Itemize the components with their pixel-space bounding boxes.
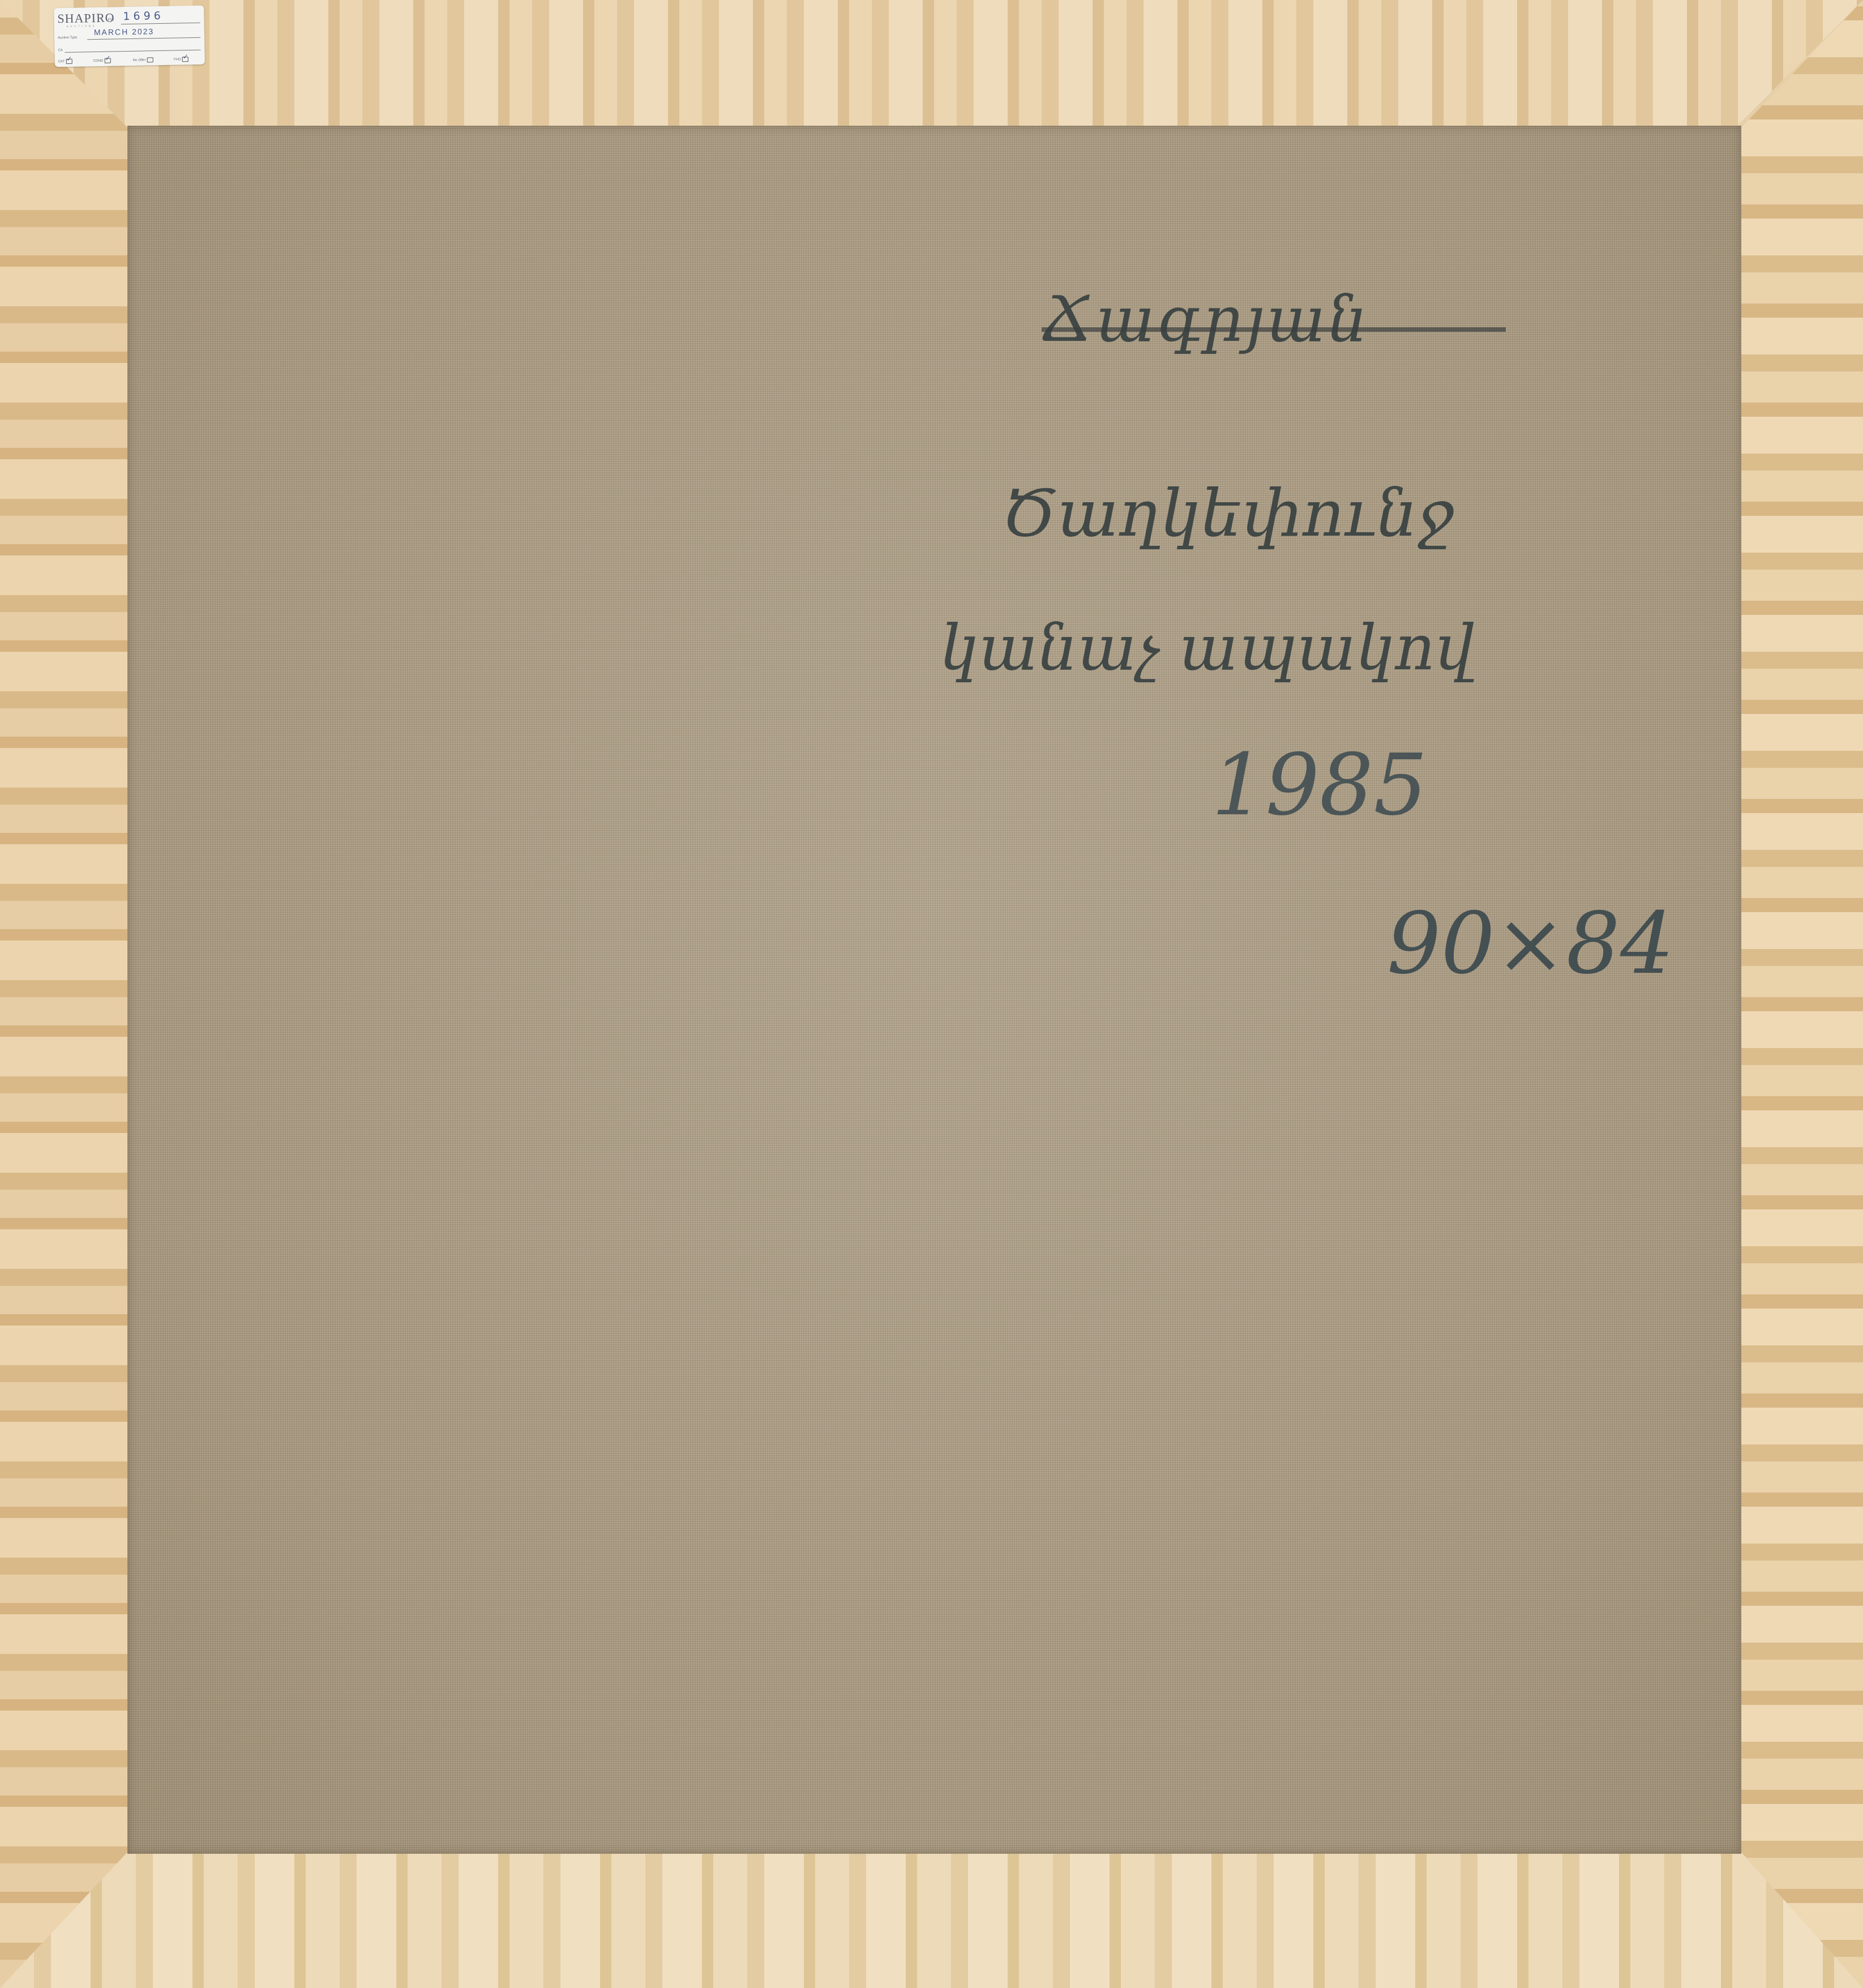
signature-underline [1042, 327, 1506, 332]
auction-type-label: Auction Type [58, 36, 78, 40]
checkbox-cond: COND [93, 58, 111, 64]
ca-label: CA [58, 49, 62, 52]
auction-brand-sub: AUCTIONS [67, 24, 97, 28]
ca-underline [65, 50, 200, 53]
fs-number-value: 1696 [123, 10, 164, 23]
frame-rail-left [0, 0, 127, 1988]
fs-underline [121, 23, 200, 24]
checkbox-photo: PHO [174, 57, 189, 62]
checkbox-reoffer: Re-Offer [133, 57, 153, 63]
auction-type-underline [87, 37, 200, 40]
fs-number-label: FS# [108, 18, 114, 22]
auction-label: SHAPIRO AUCTIONS FS# 1696 Auction Type M… [54, 6, 205, 67]
auction-brand: SHAPIRO [57, 10, 115, 26]
checkbox-cond-box [104, 58, 110, 63]
frame-rail-top [0, 0, 1863, 127]
inscription-dimensions: 90×84 [1387, 895, 1674, 993]
artist-signature: Ճագրյան [1042, 283, 1369, 356]
checkbox-photo-box [182, 57, 189, 62]
frame-rail-right [1741, 0, 1863, 1988]
inscription-title-line2: կանաչ ապակով [940, 612, 1475, 684]
checkbox-cat: CAT [58, 59, 72, 64]
inscription-title-line1: Ծաղկեփունջ [1002, 476, 1454, 551]
checkbox-reoffer-box [147, 57, 153, 62]
frame-rail-bottom [0, 1852, 1863, 1988]
inscription-year: 1985 [1211, 736, 1428, 835]
checkbox-cat-box [66, 59, 72, 64]
auction-type-value: MARCH 2023 [94, 27, 155, 37]
